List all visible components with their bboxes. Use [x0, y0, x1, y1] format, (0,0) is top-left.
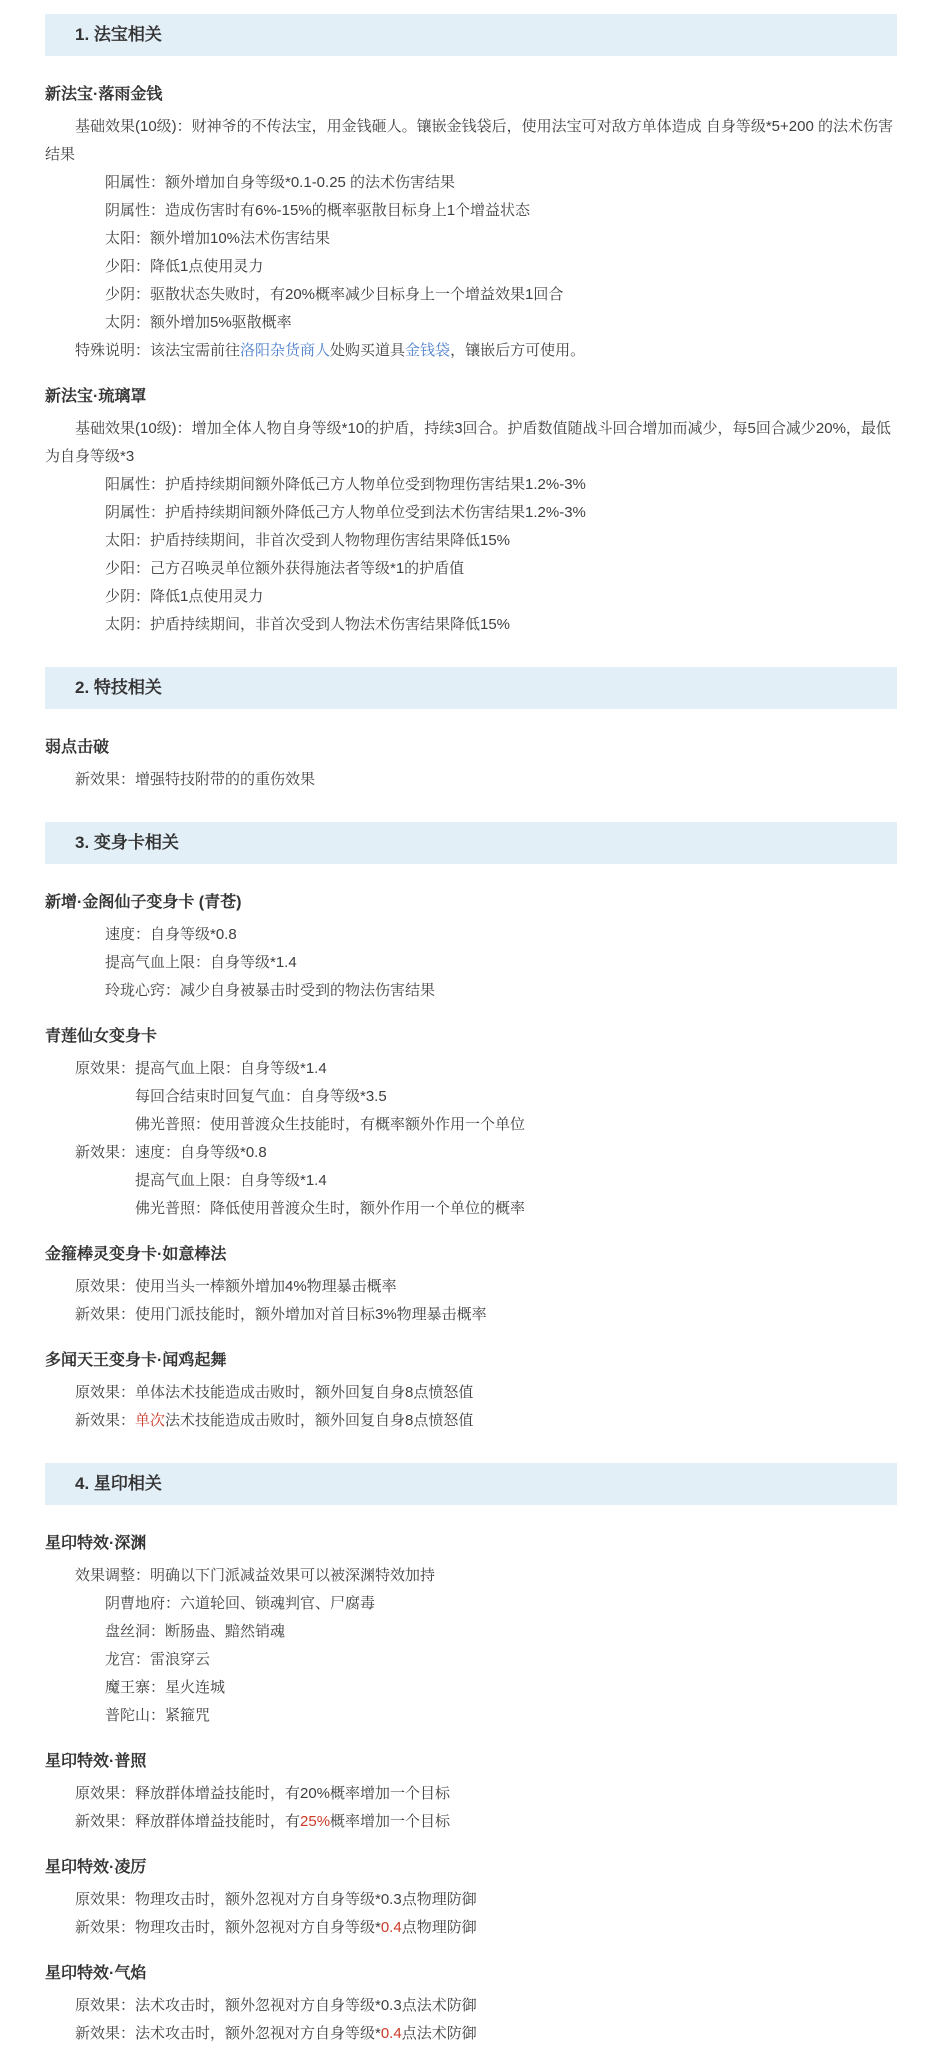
- text-segment: 太阴：额外增加5%驱散概率: [105, 314, 292, 331]
- block-title: 金箍棒灵变身卡·如意棒法: [45, 1241, 897, 1269]
- text-line: 原效果：提高气血上限：自身等级*1.4: [45, 1055, 897, 1083]
- block-title: 弱点击破: [45, 734, 897, 762]
- text-line: 新效果：物理攻击时，额外忽视对方自身等级*0.4点物理防御: [45, 1914, 897, 1942]
- text-segment: 阴曹地府：六道轮回、锁魂判官、尸腐毒: [105, 1595, 375, 1612]
- text-segment: 新效果：: [75, 1412, 135, 1429]
- text-line: 每回合结束时回复气血：自身等级*3.5: [45, 1083, 897, 1111]
- text-segment: 原效果：物理攻击时，额外忽视对方自身等级*0.3点物理防御: [75, 1891, 477, 1908]
- block: 新法宝·落雨金钱基础效果(10级)：财神爷的不传法宝，用金钱砸人。镶嵌金钱袋后，…: [45, 81, 897, 365]
- block-title: 星印特效·普照: [45, 1748, 897, 1776]
- text-segment: 阳属性：护盾持续期间额外降低己方人物单位受到物理伤害结果1.2%-3%: [105, 476, 586, 493]
- section: 3. 变身卡相关新增·金阁仙子变身卡 (青苍)速度：自身等级*0.8提高气血上限…: [45, 822, 897, 1435]
- text-segment: 新效果：使用门派技能时，额外增加对首目标3%物理暴击概率: [75, 1306, 487, 1323]
- text-line: 特殊说明：该法宝需前往洛阳杂货商人处购买道具金钱袋，镶嵌后方可使用。: [45, 337, 897, 365]
- highlight-text: 单次: [135, 1412, 165, 1429]
- text-segment: 效果调整：明确以下门派减益效果可以被深渊特效加持: [75, 1567, 435, 1584]
- block-title: 新增·金阁仙子变身卡 (青苍): [45, 889, 897, 917]
- block: 星印特效·气焰原效果：法术攻击时，额外忽视对方自身等级*0.3点法术防御新效果：…: [45, 1960, 897, 2048]
- text-line: 新效果：使用门派技能时，额外增加对首目标3%物理暴击概率: [45, 1301, 897, 1329]
- text-line: 基础效果(10级)：增加全体人物自身等级*10的护盾，持续3回合。护盾数值随战斗…: [45, 415, 897, 471]
- text-segment: 阳属性：额外增加自身等级*0.1-0.25 的法术伤害结果: [105, 174, 455, 191]
- text-line: 新效果：速度：自身等级*0.8: [45, 1139, 897, 1167]
- text-segment: 龙宫：雷浪穿云: [105, 1651, 210, 1668]
- text-segment: 太阴：护盾持续期间，非首次受到人物法术伤害结果降低15%: [105, 616, 510, 633]
- section: 4. 星印相关星印特效·深渊效果调整：明确以下门派减益效果可以被深渊特效加持阴曹…: [45, 1463, 897, 2048]
- section: 2. 特技相关弱点击破新效果：增强特技附带的的重伤效果: [45, 667, 897, 794]
- text-segment: 少阴：降低1点使用灵力: [105, 588, 263, 605]
- patch-notes: 1. 法宝相关新法宝·落雨金钱基础效果(10级)：财神爷的不传法宝，用金钱砸人。…: [0, 0, 942, 2072]
- text-segment: 少阳：降低1点使用灵力: [105, 258, 263, 275]
- text-line: 太阴：护盾持续期间，非首次受到人物法术伤害结果降低15%: [45, 611, 897, 639]
- block-title: 青莲仙女变身卡: [45, 1023, 897, 1051]
- text-segment: 阴属性：造成伤害时有6%-15%的概率驱散目标身上1个增益状态: [105, 202, 530, 219]
- section-header: 2. 特技相关: [45, 667, 897, 709]
- text-line: 提高气血上限：自身等级*1.4: [45, 1167, 897, 1195]
- text-segment: 处购买道具: [330, 342, 405, 359]
- text-line: 原效果：法术攻击时，额外忽视对方自身等级*0.3点法术防御: [45, 1992, 897, 2020]
- text-line: 太阳：护盾持续期间，非首次受到人物物理伤害结果降低15%: [45, 527, 897, 555]
- text-line: 新效果：释放群体增益技能时，有25%概率增加一个目标: [45, 1808, 897, 1836]
- block: 金箍棒灵变身卡·如意棒法原效果：使用当头一棒额外增加4%物理暴击概率新效果：使用…: [45, 1241, 897, 1329]
- text-line: 阴属性：护盾持续期间额外降低己方人物单位受到法术伤害结果1.2%-3%: [45, 499, 897, 527]
- block-title: 新法宝·琉璃罩: [45, 383, 897, 411]
- text-line: 提高气血上限：自身等级*1.4: [45, 949, 897, 977]
- block: 新增·金阁仙子变身卡 (青苍)速度：自身等级*0.8提高气血上限：自身等级*1.…: [45, 889, 897, 1005]
- text-segment: 盘丝洞：断肠蛊、黯然销魂: [105, 1623, 285, 1640]
- text-line: 阴属性：造成伤害时有6%-15%的概率驱散目标身上1个增益状态: [45, 197, 897, 225]
- section-header: 4. 星印相关: [45, 1463, 897, 1505]
- text-line: 少阴：驱散状态失败时，有20%概率减少目标身上一个增益效果1回合: [45, 281, 897, 309]
- text-line: 盘丝洞：断肠蛊、黯然销魂: [45, 1618, 897, 1646]
- text-segment: 新效果：速度：自身等级*0.8: [75, 1144, 267, 1161]
- text-line: 速度：自身等级*0.8: [45, 921, 897, 949]
- text-line: 普陀山：紧箍咒: [45, 1702, 897, 1730]
- text-segment: 魔王寨：星火连城: [105, 1679, 225, 1696]
- section-header: 1. 法宝相关: [45, 14, 897, 56]
- text-segment: 普陀山：紧箍咒: [105, 1707, 210, 1724]
- text-segment: 特殊说明：该法宝需前往: [75, 342, 240, 359]
- text-segment: 原效果：使用当头一棒额外增加4%物理暴击概率: [75, 1278, 397, 1295]
- text-line: 原效果：使用当头一棒额外增加4%物理暴击概率: [45, 1273, 897, 1301]
- text-segment: 太阳：护盾持续期间，非首次受到人物物理伤害结果降低15%: [105, 532, 510, 549]
- text-line: 少阴：降低1点使用灵力: [45, 583, 897, 611]
- text-segment: 概率增加一个目标: [330, 1813, 450, 1830]
- block: 新法宝·琉璃罩基础效果(10级)：增加全体人物自身等级*10的护盾，持续3回合。…: [45, 383, 897, 639]
- text-segment: 原效果：释放群体增益技能时，有20%概率增加一个目标: [75, 1785, 450, 1802]
- text-segment: 少阳：己方召唤灵单位额外获得施法者等级*1的护盾值: [105, 560, 464, 577]
- text-line: 新效果：单次法术技能造成击败时，额外回复自身8点愤怒值: [45, 1407, 897, 1435]
- block: 星印特效·凌厉原效果：物理攻击时，额外忽视对方自身等级*0.3点物理防御新效果：…: [45, 1854, 897, 1942]
- highlight-text: 0.4: [381, 1919, 402, 1936]
- text-line: 佛光普照：使用普渡众生技能时，有概率额外作用一个单位: [45, 1111, 897, 1139]
- block-title: 新法宝·落雨金钱: [45, 81, 897, 109]
- text-segment: ，镶嵌后方可使用。: [450, 342, 585, 359]
- text-line: 佛光普照：降低使用普渡众生时，额外作用一个单位的概率: [45, 1195, 897, 1223]
- highlight-text: 0.4: [381, 2025, 402, 2042]
- block: 弱点击破新效果：增强特技附带的的重伤效果: [45, 734, 897, 794]
- text-segment: 提高气血上限：自身等级*1.4: [135, 1172, 327, 1189]
- block-title: 星印特效·深渊: [45, 1530, 897, 1558]
- block-title: 多闻天王变身卡·闻鸡起舞: [45, 1347, 897, 1375]
- text-segment: 每回合结束时回复气血：自身等级*3.5: [135, 1088, 387, 1105]
- text-line: 阳属性：护盾持续期间额外降低己方人物单位受到物理伤害结果1.2%-3%: [45, 471, 897, 499]
- text-line: 原效果：物理攻击时，额外忽视对方自身等级*0.3点物理防御: [45, 1886, 897, 1914]
- text-segment: 原效果：提高气血上限：自身等级*1.4: [75, 1060, 327, 1077]
- text-segment: 少阴：驱散状态失败时，有20%概率减少目标身上一个增益效果1回合: [105, 286, 563, 303]
- block: 多闻天王变身卡·闻鸡起舞原效果：单体法术技能造成击败时，额外回复自身8点愤怒值新…: [45, 1347, 897, 1435]
- text-line: 龙宫：雷浪穿云: [45, 1646, 897, 1674]
- text-line: 少阳：降低1点使用灵力: [45, 253, 897, 281]
- section: 1. 法宝相关新法宝·落雨金钱基础效果(10级)：财神爷的不传法宝，用金钱砸人。…: [45, 14, 897, 639]
- text-segment: 提高气血上限：自身等级*1.4: [105, 954, 297, 971]
- text-segment: 佛光普照：降低使用普渡众生时，额外作用一个单位的概率: [135, 1200, 525, 1217]
- text-line: 阴曹地府：六道轮回、锁魂判官、尸腐毒: [45, 1590, 897, 1618]
- highlight-text: 25%: [300, 1813, 330, 1830]
- text-line: 少阳：己方召唤灵单位额外获得施法者等级*1的护盾值: [45, 555, 897, 583]
- text-line: 新效果：法术攻击时，额外忽视对方自身等级*0.4点法术防御: [45, 2020, 897, 2048]
- text-segment: 新效果：法术攻击时，额外忽视对方自身等级*: [75, 2025, 381, 2042]
- text-segment: 新效果：增强特技附带的的重伤效果: [75, 771, 315, 788]
- text-line: 阳属性：额外增加自身等级*0.1-0.25 的法术伤害结果: [45, 169, 897, 197]
- text-segment: 太阳：额外增加10%法术伤害结果: [105, 230, 330, 247]
- text-segment: 原效果：单体法术技能造成击败时，额外回复自身8点愤怒值: [75, 1384, 473, 1401]
- text-segment: 点物理防御: [402, 1919, 477, 1936]
- block: 星印特效·深渊效果调整：明确以下门派减益效果可以被深渊特效加持阴曹地府：六道轮回…: [45, 1530, 897, 1730]
- text-segment: 法术技能造成击败时，额外回复自身8点愤怒值: [165, 1412, 473, 1429]
- text-segment: 基础效果(10级)：增加全体人物自身等级*10的护盾，持续3回合。护盾数值随战斗…: [45, 420, 891, 465]
- text-segment: 点法术防御: [402, 2025, 477, 2042]
- block: 青莲仙女变身卡原效果：提高气血上限：自身等级*1.4每回合结束时回复气血：自身等…: [45, 1023, 897, 1223]
- text-segment: 基础效果(10级)：财神爷的不传法宝，用金钱砸人。镶嵌金钱袋后，使用法宝可对敌方…: [45, 118, 893, 163]
- text-segment: 新效果：释放群体增益技能时，有: [75, 1813, 300, 1830]
- text-line: 基础效果(10级)：财神爷的不传法宝，用金钱砸人。镶嵌金钱袋后，使用法宝可对敌方…: [45, 113, 897, 169]
- text-segment: 新效果：物理攻击时，额外忽视对方自身等级*: [75, 1919, 381, 1936]
- text-line: 魔王寨：星火连城: [45, 1674, 897, 1702]
- text-line: 原效果：释放群体增益技能时，有20%概率增加一个目标: [45, 1780, 897, 1808]
- text-line: 太阳：额外增加10%法术伤害结果: [45, 225, 897, 253]
- text-line: 太阴：额外增加5%驱散概率: [45, 309, 897, 337]
- block-title: 星印特效·气焰: [45, 1960, 897, 1988]
- text-line: 效果调整：明确以下门派减益效果可以被深渊特效加持: [45, 1562, 897, 1590]
- text-line: 玲珑心窍：减少自身被暴击时受到的物法伤害结果: [45, 977, 897, 1005]
- section-header: 3. 变身卡相关: [45, 822, 897, 864]
- block-title: 星印特效·凌厉: [45, 1854, 897, 1882]
- inline-link[interactable]: 洛阳杂货商人: [240, 342, 330, 359]
- block: 星印特效·普照原效果：释放群体增益技能时，有20%概率增加一个目标新效果：释放群…: [45, 1748, 897, 1836]
- text-segment: 佛光普照：使用普渡众生技能时，有概率额外作用一个单位: [135, 1116, 525, 1133]
- text-segment: 阴属性：护盾持续期间额外降低己方人物单位受到法术伤害结果1.2%-3%: [105, 504, 586, 521]
- text-segment: 玲珑心窍：减少自身被暴击时受到的物法伤害结果: [105, 982, 435, 999]
- text-line: 原效果：单体法术技能造成击败时，额外回复自身8点愤怒值: [45, 1379, 897, 1407]
- text-segment: 速度：自身等级*0.8: [105, 926, 237, 943]
- text-segment: 原效果：法术攻击时，额外忽视对方自身等级*0.3点法术防御: [75, 1997, 477, 2014]
- inline-link[interactable]: 金钱袋: [405, 342, 450, 359]
- text-line: 新效果：增强特技附带的的重伤效果: [45, 766, 897, 794]
